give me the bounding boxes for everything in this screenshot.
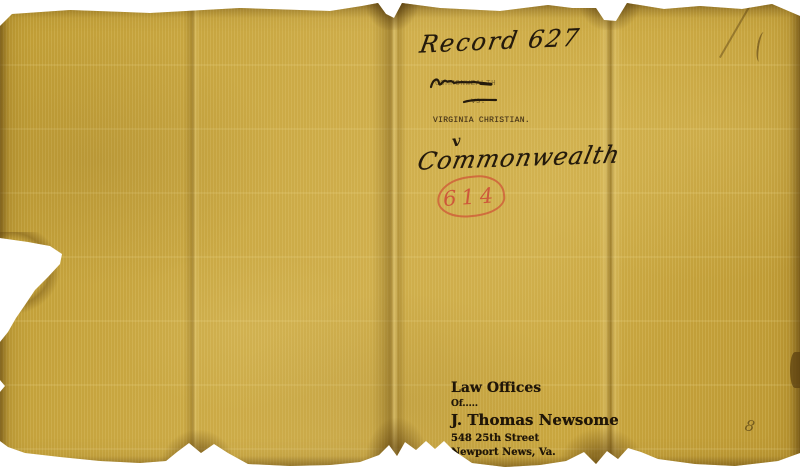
case-file-cover-paper: Record 627 COMMONWEALTH vs. VIRGINIA CHR… xyxy=(0,0,800,470)
law-office-imprint: Law Offices Of..... J. Thomas Newsome 54… xyxy=(451,380,619,458)
handwritten-party-name: Commonwealth xyxy=(415,140,623,175)
right-edge-notch xyxy=(790,352,800,388)
scratch-mark xyxy=(755,31,769,62)
attorney-name: J. Thomas Newsome xyxy=(451,411,619,429)
right-edge-shading xyxy=(789,0,800,470)
fold-crease-left xyxy=(184,0,200,470)
top-edge-shading xyxy=(0,0,800,18)
fold-crease-center xyxy=(372,0,406,470)
ink-line-strikeout xyxy=(462,95,498,107)
city-state: Newport News, Va. xyxy=(451,447,619,458)
record-number-handwriting: Record 627 xyxy=(418,23,583,58)
ink-scribble-strikeout xyxy=(427,70,499,96)
law-office-of: Of..... xyxy=(451,399,619,409)
street-address: 548 25th Street xyxy=(451,433,619,444)
typed-defendant-name: VIRGINIA CHRISTIAN. xyxy=(433,116,530,125)
pencil-mark: 8 xyxy=(743,416,756,436)
red-pencil-number: 614 xyxy=(443,183,500,211)
red-pencil-circle: 614 xyxy=(435,173,507,221)
document-scan: Record 627 COMMONWEALTH vs. VIRGINIA CHR… xyxy=(0,0,800,470)
left-edge-shading xyxy=(0,0,9,470)
left-tear-rim xyxy=(0,232,78,348)
law-office-title: Law Offices xyxy=(451,380,619,396)
bottom-edge-shading xyxy=(0,456,800,470)
